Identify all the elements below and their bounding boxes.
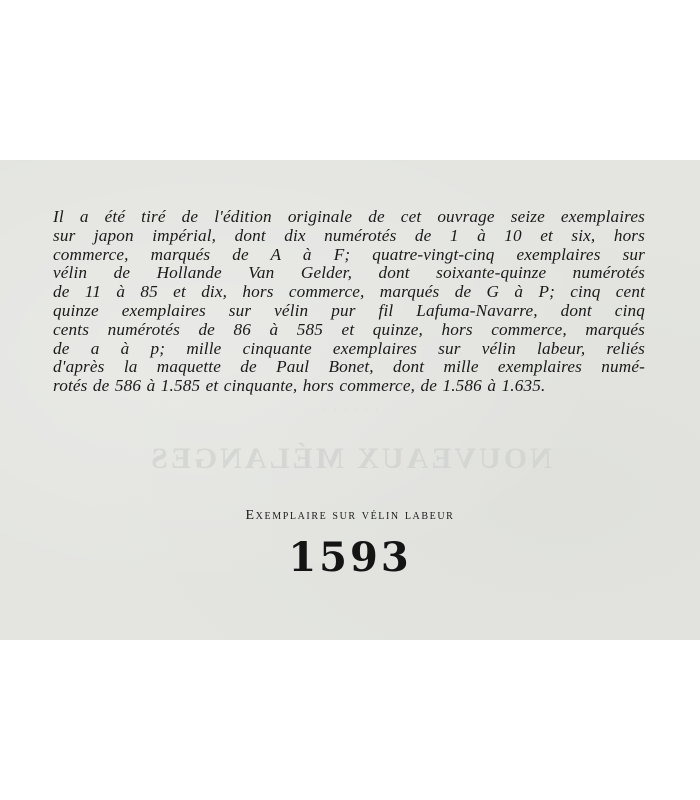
- show-through-title: NOUVEAUX MÉLANGES: [0, 442, 700, 476]
- statement-line: cents numérotés de 86 à 585 et quinze, h…: [53, 321, 645, 340]
- statement-line: de 11 à 85 et dix, hors commerce, marqué…: [53, 283, 645, 302]
- statement-line: sur japon impérial, dont dix numérotés d…: [53, 227, 645, 246]
- statement-line: d'après la maquette de Paul Bonet, dont …: [53, 358, 645, 377]
- copy-number-stamp: 1593: [0, 534, 700, 581]
- paper-page: · · · · · · NOUVEAUX MÉLANGES · · · · · …: [0, 160, 700, 640]
- show-through-text-above: · · · · · ·: [0, 404, 700, 416]
- statement-line: quinze exemplaires sur vélin pur fil Laf…: [53, 302, 645, 321]
- statement-line: de a à p; mille cinquante exemplaires su…: [53, 340, 645, 359]
- statement-line: Il a été tiré de l'édition originale de …: [53, 208, 645, 227]
- statement-line: rotés de 586 à 1.585 et cinquante, hors …: [53, 377, 645, 396]
- copy-paper-label: Exemplaire sur vélin labeur: [0, 508, 700, 524]
- statement-line: commerce, marqués de A à F; quatre-vingt…: [53, 246, 645, 265]
- statement-line: vélin de Hollande Van Gelder, dont soixa…: [53, 264, 645, 283]
- print-run-statement: Il a été tiré de l'édition originale de …: [53, 208, 645, 396]
